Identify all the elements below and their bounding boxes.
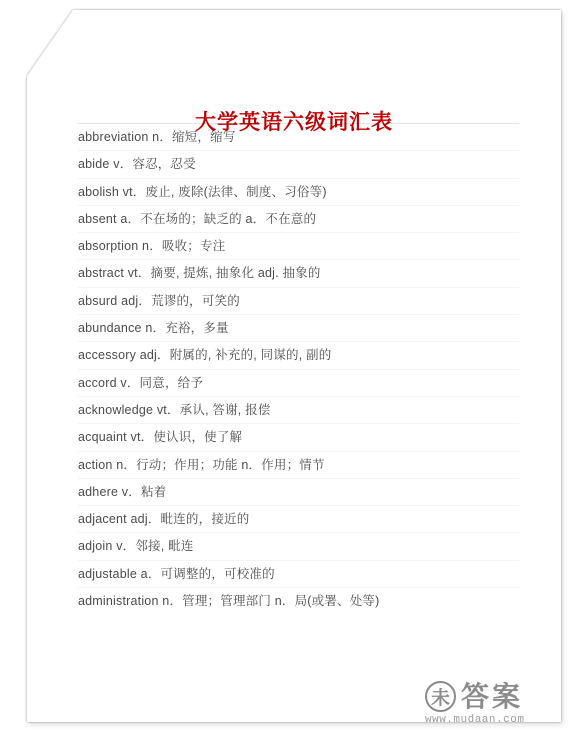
document-page: 大学英语六级词汇表 abbreviation n．缩短，缩写abide v．容忍… (27, 10, 561, 722)
vocab-row: abide v．容忍，忍受 (78, 150, 519, 177)
vocab-row: abundance n．充裕，多量 (78, 314, 519, 341)
vocab-row: acquaint vt．使认识，使了解 (78, 423, 519, 450)
vocab-row: abbreviation n．缩短，缩写 (78, 123, 519, 150)
vocab-row: absent a．不在场的；缺乏的 a．不在意的 (78, 205, 519, 232)
vocab-row: adjacent adj．毗连的，接近的 (78, 505, 519, 532)
vocab-list: abbreviation n．缩短，缩写abide v．容忍，忍受abolish… (78, 123, 519, 614)
brand-circle-icon: 未 (425, 681, 456, 712)
vocab-row: absorption n．吸收；专注 (78, 232, 519, 259)
vocab-row: abolish vt．废止, 废除(法律、制度、习俗等) (78, 178, 519, 205)
vocab-row: administration n．管理；管理部门 n．局(或署、处等) (78, 587, 519, 614)
watermark: 未 答案 www.mudaan.com (425, 681, 565, 726)
vocab-row: action n．行动；作用；功能 n．作用；情节 (78, 451, 519, 478)
brand-name: 答案 (461, 683, 523, 711)
watermark-logo: 未 答案 (425, 681, 565, 712)
vocab-row: accessory adj．附属的, 补充的, 同谋的, 副的 (78, 341, 519, 368)
document-page-wrap: 大学英语六级词汇表 abbreviation n．缩短，缩写abide v．容忍… (0, 0, 576, 733)
vocab-row: adjustable a．可调整的，可校准的 (78, 560, 519, 587)
brand-url: www.mudaan.com (425, 714, 565, 726)
vocab-row: absurd adj．荒谬的，可笑的 (78, 287, 519, 314)
vocab-row: adjoin v．邻接, 毗连 (78, 532, 519, 559)
vocab-row: adhere v．粘着 (78, 478, 519, 505)
vocab-row: acknowledge vt．承认, 答谢, 报偿 (78, 396, 519, 423)
vocab-row: abstract vt．摘要, 提炼, 抽象化 adj. 抽象的 (78, 259, 519, 286)
vocab-row: accord v．同意，给予 (78, 369, 519, 396)
